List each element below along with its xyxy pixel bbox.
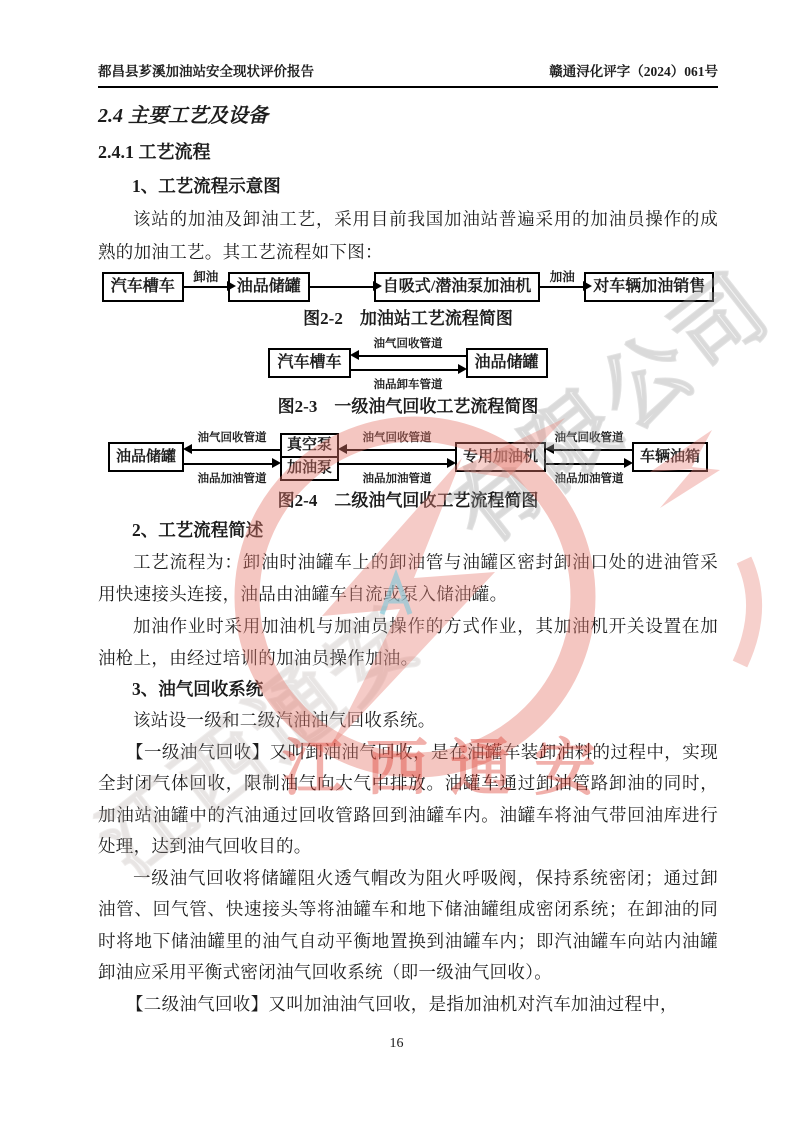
arrow-left-icon <box>553 449 632 451</box>
pipe-label-fueling: 油品加油管道 <box>363 470 432 486</box>
pipe-label-unloading: 油品卸车管道 <box>374 376 443 392</box>
section-heading-2-4-1: 2.4.1 工艺流程 <box>98 135 718 169</box>
arrow-right-icon: 加油 <box>540 286 584 288</box>
arrow-left-icon <box>346 449 455 451</box>
section-heading-2-4: 2.4 主要工艺及设备 <box>98 97 718 135</box>
paragraph-unloading-process: 工艺流程为：卸油时油罐车上的卸油管与油罐区密封卸油口处的进油管采用快速接头连接，… <box>98 546 718 610</box>
arrow-right-icon <box>310 286 374 288</box>
flow-diagram-2-2: 汽车槽车 卸油 油品储罐 自吸式/潜油泵加油机 加油 对车辆加油销售 <box>98 269 718 305</box>
pipe-label-vapor-recovery: 油气回收管道 <box>374 335 443 351</box>
document-page: 都昌县芗溪加油站安全现状评价报告 赣通浔化评字（2024）061号 2.4 主要… <box>0 0 793 1122</box>
arrow-left-icon <box>191 449 280 451</box>
flow-box-storage-tank: 油品储罐 <box>108 442 184 472</box>
flow-box-dispenser: 自吸式/潜油泵加油机 <box>374 272 540 302</box>
duplex-pipes: 油气回收管道 油品卸车管道 <box>351 333 466 393</box>
flow-diagram-2-3: 汽车槽车 油气回收管道 油品卸车管道 油品储罐 <box>98 333 718 393</box>
flow-box-vacuum-pump: 真空泵 <box>282 435 337 456</box>
page-content: 2.4 主要工艺及设备 2.4.1 工艺流程 1、工艺流程示意图 该站的加油及卸… <box>98 97 718 1020</box>
flow-box-fuel-pump: 加油泵 <box>282 456 337 479</box>
figure-caption-2-2: 图2-2 加油站工艺流程简图 <box>98 305 718 333</box>
page-number: 16 <box>0 1036 793 1052</box>
paragraph-fueling-operation: 加油作业时采用加油机与加油员操作的方式作业，其加油机开关设置在加油枪上，由经过培… <box>98 610 718 674</box>
watermark-arc <box>740 560 754 664</box>
arrow-right-icon: 卸油 <box>184 286 228 288</box>
flow-box-tanker-truck: 汽车槽车 <box>268 348 350 378</box>
paragraph-stage1-details: 一级油气回收将储罐阻火透气帽改为阻火呼吸阀，保持系统密闭；通过卸油管、回气管、快… <box>98 863 718 989</box>
page-header: 都昌县芗溪加油站安全现状评价报告 赣通浔化评字（2024）061号 <box>98 60 718 88</box>
arrow-right-icon <box>351 369 459 371</box>
duplex-pipes: 油气回收管道 油品加油管道 <box>339 427 455 487</box>
pipe-label-fueling: 油品加油管道 <box>555 470 624 486</box>
flow-box-vehicle-tank: 车辆油箱 <box>632 442 708 472</box>
subheading-flow-diagram: 1、工艺流程示意图 <box>98 169 718 203</box>
figure-caption-2-3: 图2-3 一级油气回收工艺流程简图 <box>98 393 718 421</box>
figure-caption-2-4: 图2-4 二级油气回收工艺流程简图 <box>98 487 718 515</box>
flow-diagram-2-4: 油品储罐 油气回收管道 油品加油管道 真空泵 加油泵 油气回收管道 油品加油管道… <box>98 427 718 487</box>
arrow-left-icon <box>358 355 466 357</box>
paragraph-intro: 该站的加油及卸油工艺，采用目前我国加油站普遍采用的加油员操作的成熟的加油工艺。其… <box>98 203 718 269</box>
pipe-label-fueling: 油品加油管道 <box>197 470 266 486</box>
duplex-pipes: 油气回收管道 油品加油管道 <box>546 427 632 487</box>
flow-box-pumps: 真空泵 加油泵 <box>280 433 339 481</box>
flow-box-storage-tank: 油品储罐 <box>228 272 310 302</box>
flow-box-vehicle-sales: 对车辆加油销售 <box>584 272 714 302</box>
pipe-label-vapor-recovery: 油气回收管道 <box>555 429 624 445</box>
arrow-right-icon <box>339 463 448 465</box>
arrow-label-refuel: 加油 <box>550 267 575 285</box>
arrow-label-unload: 卸油 <box>193 267 218 285</box>
subheading-flow-description: 2、工艺流程简述 <box>98 515 718 546</box>
flow-box-tanker-truck: 汽车槽车 <box>102 272 184 302</box>
subheading-vapor-recovery: 3、油气回收系统 <box>98 674 718 705</box>
pipe-label-vapor-recovery: 油气回收管道 <box>363 429 432 445</box>
duplex-pipes: 油气回收管道 油品加油管道 <box>184 427 280 487</box>
header-doc-number: 赣通浔化评字（2024）061号 <box>549 60 718 80</box>
flow-box-storage-tank: 油品储罐 <box>466 348 548 378</box>
paragraph-stage2-recovery: 【二级油气回收】又叫加油油气回收，是指加油机对汽车加油过程中， <box>98 989 718 1021</box>
flow-box-dedicated-dispenser: 专用加油机 <box>455 442 546 472</box>
pipe-label-vapor-recovery: 油气回收管道 <box>197 429 266 445</box>
header-report-title: 都昌县芗溪加油站安全现状评价报告 <box>98 60 314 80</box>
paragraph-stage1-recovery: 【一级油气回收】又叫卸油油气回收，是在油罐车装卸油料的过程中，实现全封闭气体回收… <box>98 737 718 863</box>
arrow-right-icon <box>546 463 625 465</box>
arrow-right-icon <box>184 463 273 465</box>
paragraph-system-overview: 该站设一级和二级汽油油气回收系统。 <box>98 705 718 737</box>
